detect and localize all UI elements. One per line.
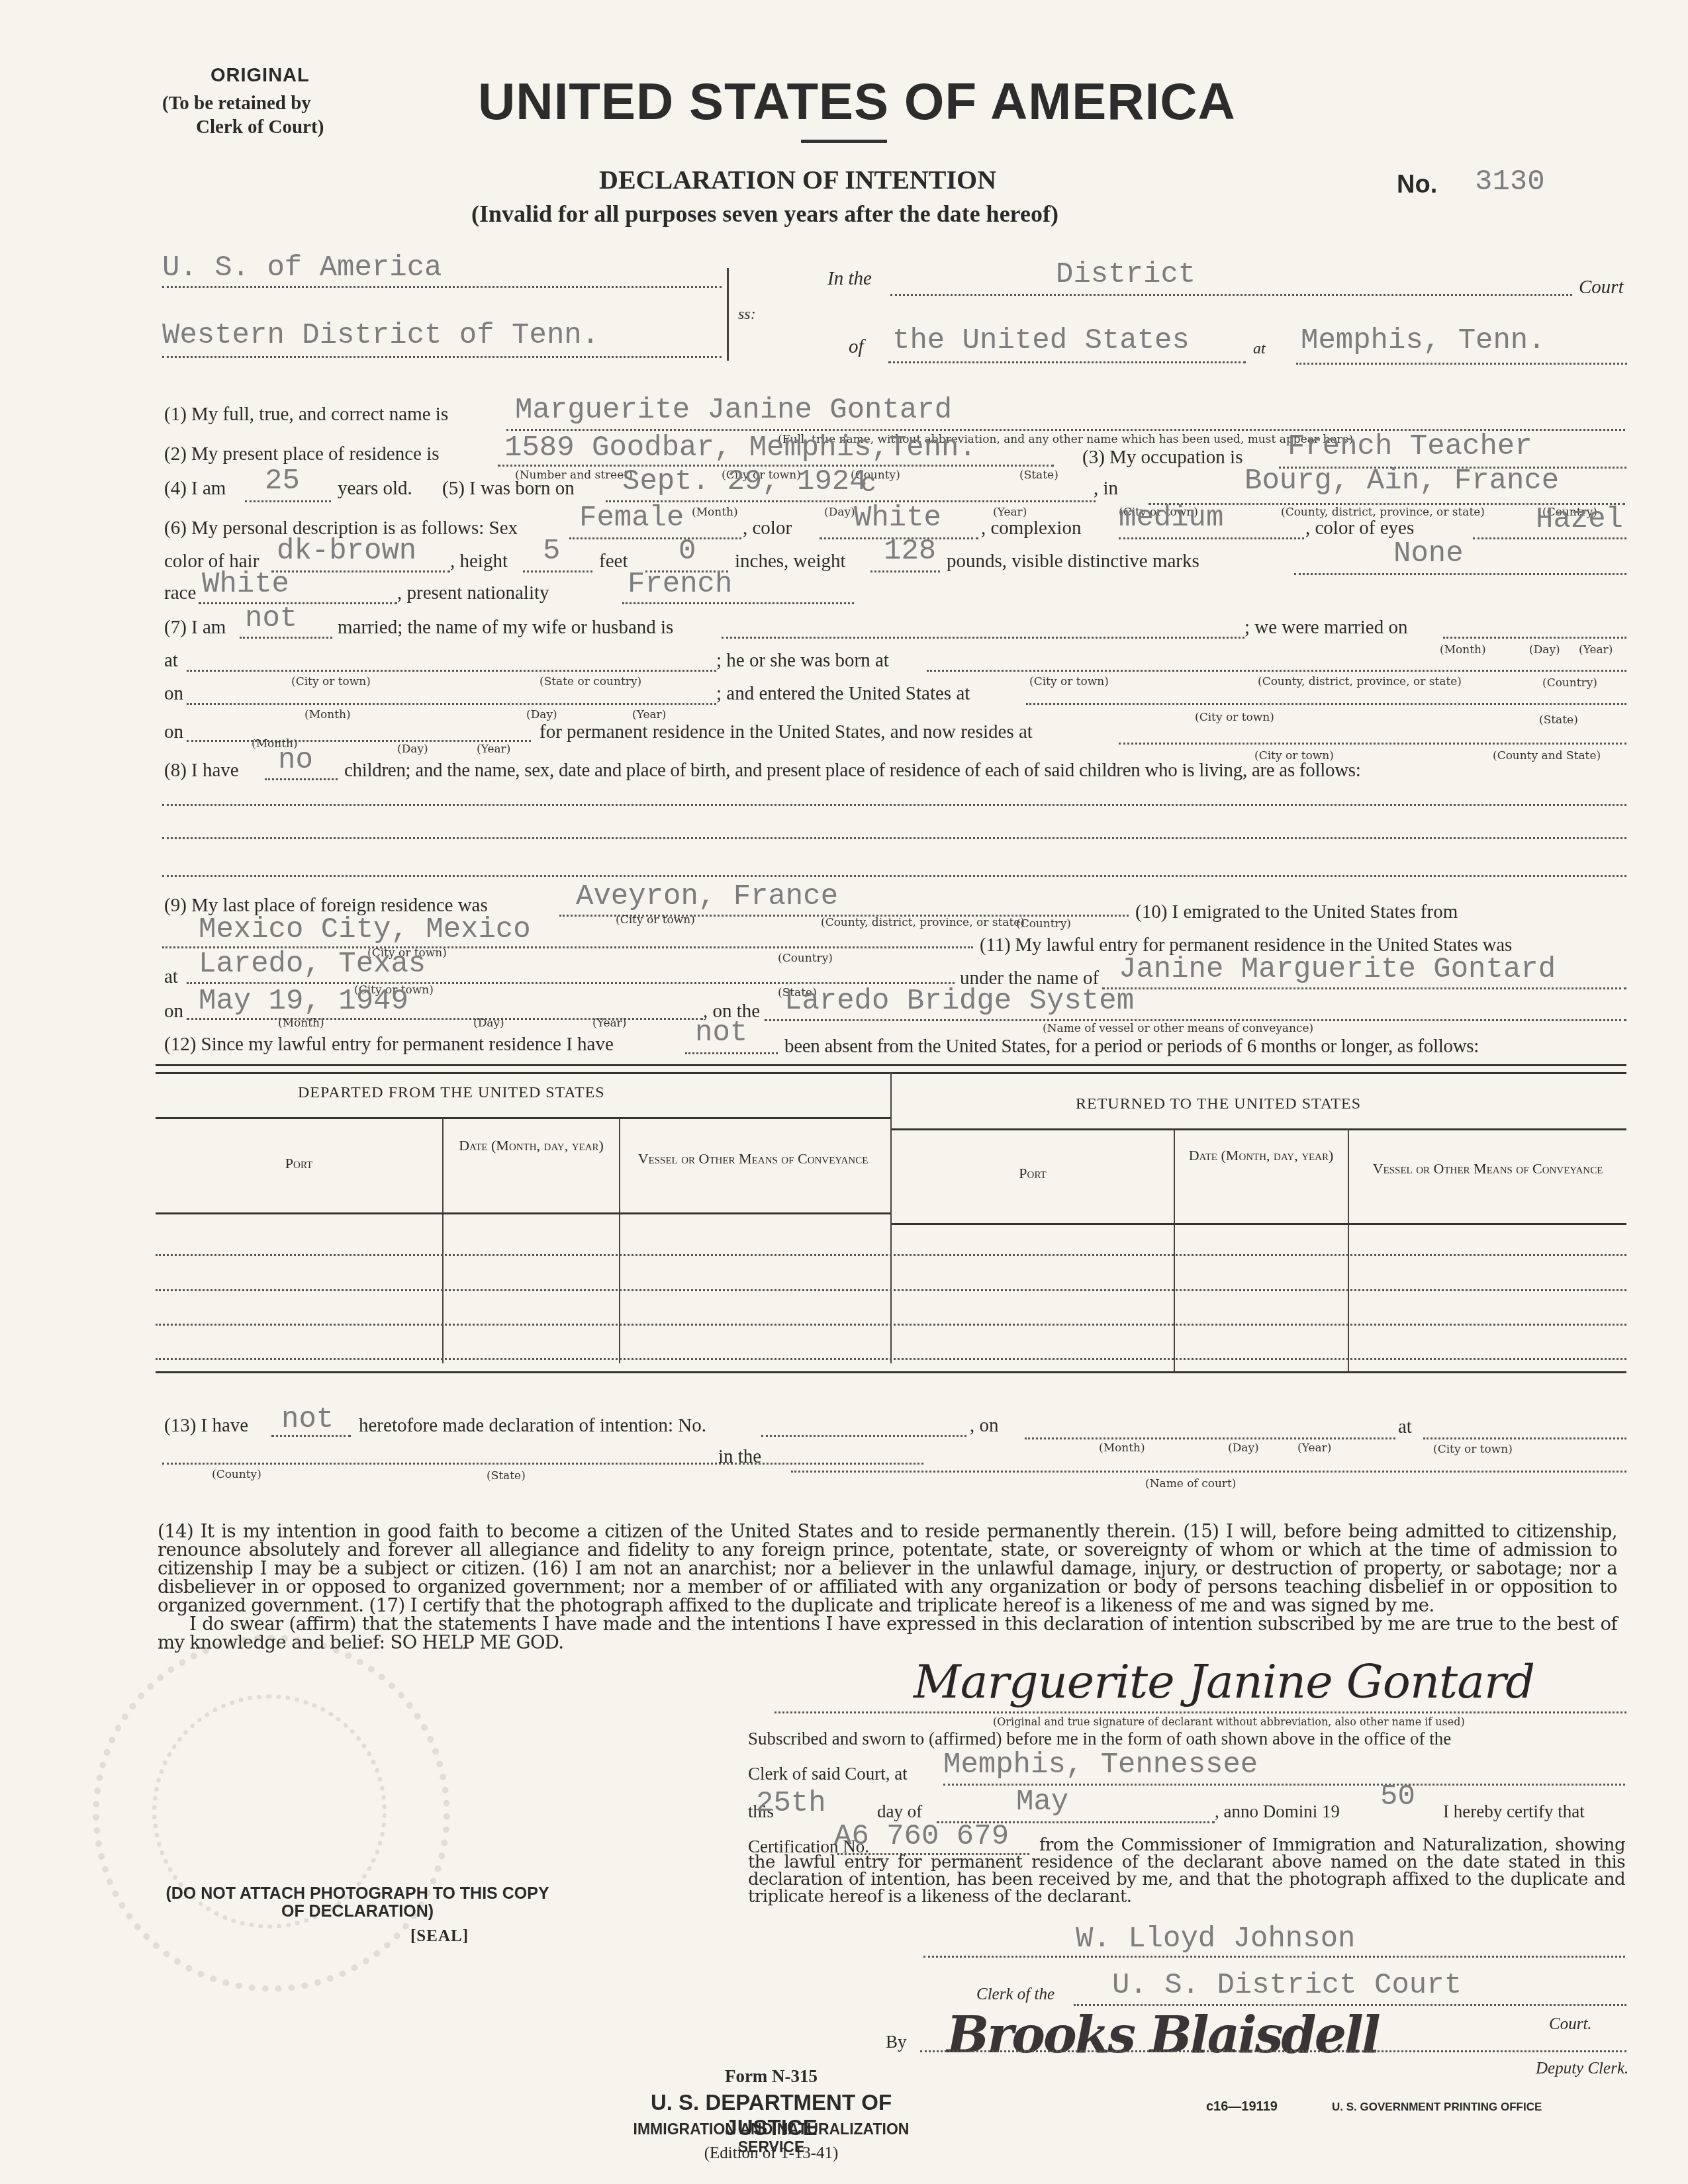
edition: (Edition of 1-13-41)	[662, 2144, 880, 2163]
married-hint-day: (Day)	[1529, 643, 1560, 657]
q7-at: at	[164, 650, 178, 672]
sex-rule	[569, 537, 741, 539]
sworn-text: Subscribed and sworn to (affirmed) befor…	[748, 1729, 1451, 1749]
retained-note-1: (To be retained by	[162, 93, 311, 114]
color: White	[854, 502, 941, 535]
prior-declaration-status: not	[281, 1403, 334, 1436]
dep-col-divider-2	[619, 1118, 620, 1363]
form-title: DECLARATION OF INTENTION	[599, 164, 996, 195]
entry-at: Laredo, Texas	[199, 948, 426, 981]
court-of-rule	[888, 361, 1246, 363]
q5-label: (5) I was born on	[442, 478, 575, 500]
resides-hint-year: (Year)	[477, 743, 510, 756]
ret-column-header-rule	[892, 1223, 1626, 1225]
spouse-resides-rule	[1119, 743, 1626, 745]
spouse-entered-date-rule	[187, 703, 716, 705]
spouse-name-rule	[722, 637, 1244, 639]
birth-hint-year: (Year)	[993, 506, 1027, 519]
prior-court-rule	[791, 1471, 1626, 1473]
table-row-3[interactable]	[156, 1324, 1626, 1326]
ret-col-vessel: Vessel or Other Means of Conveyance	[1350, 1160, 1625, 1177]
birth-in-label: , in	[1094, 478, 1118, 500]
entry-on-hint-year: (Year)	[592, 1017, 626, 1030]
prior-city-rule	[1423, 1437, 1626, 1439]
inches-label: inches, weight	[735, 551, 846, 572]
anno-label: , anno Domini 19	[1215, 1801, 1340, 1822]
entered-hint-city: (City or town)	[1195, 711, 1274, 724]
q3-label: (3) My occupation is	[1082, 447, 1243, 469]
court-label: Court	[1579, 277, 1624, 298]
q1-label: (1) My full, true, and correct name is	[164, 404, 448, 426]
deputy-signature: Brooks Blaisdell	[947, 2005, 1379, 2064]
photo-note: (DO NOT ATTACH PHOTOGRAPH TO THIS COPY O…	[159, 1885, 556, 1921]
ss-label: ss:	[738, 306, 756, 324]
married-status: not	[245, 602, 297, 635]
table-row-1[interactable]	[156, 1254, 1626, 1256]
deputy-label: Deputy Clerk.	[1536, 2060, 1628, 2078]
court-type: District	[1056, 258, 1196, 291]
returned-header: RETURNED TO THE UNITED STATES	[1076, 1095, 1361, 1113]
ret-col-port: Port	[892, 1165, 1174, 1182]
foreign-hint-country: (Country)	[1016, 917, 1071, 931]
venue-line-1: U. S. of America	[162, 251, 442, 285]
height-feet-rule	[523, 570, 592, 572]
declaration-number: 3130	[1475, 165, 1545, 199]
birth-hint-month: (Month)	[692, 506, 738, 519]
q7-married-on: ; we were married on	[1244, 617, 1407, 639]
spouse-residence-date-rule	[187, 740, 531, 742]
hair: dk-brown	[277, 535, 416, 568]
q7-on: on	[164, 683, 183, 705]
departed-header-rule	[156, 1117, 890, 1119]
q13-hint-county: (County)	[212, 1468, 261, 1481]
entry-on-hint-day: (Day)	[473, 1017, 504, 1030]
original-label: ORIGINAL	[211, 65, 310, 87]
q7-resides: for permanent residence in the United St…	[539, 721, 1033, 743]
print-code: c16—19119	[1206, 2099, 1278, 2115]
residence: 1589 Goodbar, Memphis,Tenn.	[504, 432, 976, 465]
married-hint-month: (Month)	[1440, 643, 1486, 657]
q7-label: (7) I am	[164, 617, 226, 639]
children-count: no	[278, 744, 313, 777]
spouse-born-hint-country: (Country)	[1542, 676, 1597, 690]
marks-rule	[1294, 573, 1626, 575]
color-label: , color	[743, 518, 792, 539]
clerk-at: Memphis, Tennessee	[943, 1749, 1258, 1782]
declarant-signature-hint: (Original and true signature of declaran…	[993, 1715, 1465, 1728]
clerk-name-rule	[923, 1956, 1625, 1958]
occupation: French Teacher	[1288, 430, 1532, 463]
by-label: By	[886, 2032, 907, 2052]
prior-number-rule	[761, 1435, 966, 1437]
venue-line-1-rule	[162, 286, 722, 288]
table-row-2[interactable]	[156, 1289, 1626, 1291]
emigrated-from: Mexico City, Mexico	[199, 913, 531, 946]
q7-born-at: ; he or she was born at	[716, 650, 889, 672]
children-rule	[265, 778, 338, 780]
entry-at-label: at	[164, 966, 178, 988]
married-hint-year: (Year)	[1579, 643, 1613, 657]
marks: None	[1393, 537, 1464, 570]
birth-hint-county: (County, district, province, or state)	[1281, 506, 1485, 519]
court-type-rule	[890, 294, 1572, 296]
foreign-hint-county: (County, district, province, or state)	[821, 916, 1025, 929]
venue-line-2-rule	[162, 356, 722, 358]
height-feet: 5	[543, 535, 560, 568]
q13-hint-state: (State)	[487, 1469, 526, 1482]
resides-hint-county: (County and State)	[1493, 749, 1601, 762]
conveyance: Laredo Bridge System	[784, 985, 1134, 1018]
entry-at-rule	[187, 982, 955, 984]
clerk-of-label: Clerk of the	[976, 1985, 1055, 2004]
entered-hint-state: (State)	[1539, 713, 1578, 727]
q2-label: (2) My present place of residence is	[164, 443, 440, 465]
spouse-entered-at-rule	[1026, 703, 1626, 705]
resides-hint-day: (Day)	[397, 743, 428, 756]
married-at-rule	[187, 670, 716, 672]
table-row-4[interactable]	[156, 1358, 1626, 1360]
married-at-hint-state: (State or country)	[539, 675, 641, 688]
complexion-label: , complexion	[981, 518, 1081, 539]
declarant-signature: Marguerite Janine Gontard	[914, 1655, 1534, 1709]
married-on-rule	[1443, 637, 1626, 639]
complexion: medium	[1119, 502, 1223, 535]
q8-text: children; and the name, sex, date and pl…	[344, 760, 1361, 782]
race: White	[202, 568, 289, 601]
entry-on-label: on	[164, 1001, 183, 1023]
cert-text: from the Commissioner of Immigration and…	[748, 1837, 1625, 1905]
declarant-signature-rule	[774, 1711, 1626, 1713]
race-rule	[199, 602, 397, 604]
page-title: UNITED STATES OF AMERICA	[478, 71, 1236, 132]
ret-col-date: Date (Month, day, year)	[1185, 1147, 1337, 1164]
foreign-hint-city: (City or town)	[616, 913, 695, 927]
q4-label: (4) I am	[164, 478, 226, 500]
q8-label: (8) I have	[164, 760, 239, 782]
q12-label: (12) Since my lawful entry for permanent…	[164, 1034, 614, 1056]
prior-date-rule	[1025, 1437, 1395, 1439]
q13-hint-city: (City or town)	[1433, 1443, 1513, 1456]
dep-col-port: Port	[156, 1155, 442, 1172]
q13-at: at	[1398, 1416, 1412, 1438]
clerk-at-label: Clerk of said Court, at	[748, 1764, 908, 1784]
oath-text: (14) It is my intention in good faith to…	[158, 1522, 1617, 1615]
spouse-born-rule	[927, 670, 1626, 672]
q4-suffix: years old.	[338, 478, 412, 500]
entered-hint-year: (Year)	[632, 708, 666, 721]
weight: 128	[884, 535, 936, 568]
prior-county-rule	[162, 1463, 923, 1465]
complexion-rule	[1119, 537, 1304, 539]
race-label: race	[164, 582, 196, 604]
q13-hint-court: (Name of court)	[1145, 1477, 1236, 1490]
day: 25th	[756, 1787, 826, 1820]
birth-place: Bourg, Ain, France	[1244, 465, 1559, 498]
hair-rule	[271, 570, 450, 572]
prior-declaration-rule	[271, 1435, 351, 1437]
birth-mark: c	[861, 470, 876, 500]
venue-line-2: Western District of Tenn.	[162, 319, 599, 352]
q13-text: heretofore made declaration of intention…	[359, 1415, 706, 1437]
day-of-label: day of	[877, 1801, 922, 1822]
full-name: Marguerite Janine Gontard	[515, 394, 952, 427]
spouse-born-hint-county: (County, district, province, or state)	[1258, 675, 1462, 688]
nationality-label: , present nationality	[397, 582, 549, 604]
entered-hint-month: (Month)	[305, 708, 351, 721]
form-number: Form N-315	[662, 2066, 880, 2087]
seal-label: [SEAL]	[410, 1927, 469, 1946]
birth-date: Sept. 29, 1924	[622, 465, 867, 498]
q7-entered: ; and entered the United States at	[716, 683, 970, 705]
entry-on-hint-month: (Month)	[278, 1017, 324, 1030]
certify-label: I hereby certify that	[1443, 1801, 1585, 1822]
court-name: U. S. District Court	[1112, 1969, 1462, 2002]
court-location: Memphis, Tenn.	[1301, 324, 1546, 357]
conveyance-hint: (Name of vessel or other means of convey…	[1043, 1022, 1313, 1035]
ret-col-divider-1	[1174, 1128, 1175, 1373]
absent-rule	[685, 1052, 778, 1054]
spouse-born-hint-city: (City or town)	[1029, 675, 1109, 688]
table-center-divider	[890, 1072, 892, 1363]
printer: U. S. GOVERNMENT PRINTING OFFICE	[1332, 2101, 1542, 2114]
entered-hint-day: (Day)	[526, 708, 557, 721]
q10-label: (10) I emigrated to the United States fr…	[1135, 901, 1458, 923]
court-of: the United States	[892, 324, 1190, 357]
height-inches: 0	[679, 535, 696, 568]
conveyance-rule	[765, 1019, 1626, 1021]
under-name-rule	[1102, 987, 1626, 989]
oath-swear: I do swear (affirm) that the statements …	[158, 1615, 1617, 1652]
court-suffix: Court.	[1549, 2015, 1592, 2034]
q7-on-2: on	[164, 721, 183, 743]
in-the-label: In the	[827, 268, 872, 290]
at-label: at	[1253, 340, 1266, 358]
q13-hint-month: (Month)	[1099, 1441, 1145, 1455]
q12-text: been absent from the United States, for …	[784, 1036, 1479, 1058]
nationality-rule	[622, 602, 854, 604]
eyes-label: , color of eyes	[1305, 518, 1414, 539]
departed-header: DEPARTED FROM THE UNITED STATES	[298, 1084, 605, 1102]
marks-label: pounds, visible distinctive marks	[947, 551, 1199, 572]
eyes: Hazel	[1536, 503, 1623, 536]
height-label: , height	[450, 551, 508, 572]
number-label: No.	[1397, 171, 1437, 199]
entry-on: May 19, 1949	[199, 985, 408, 1018]
retained-note-2: Clerk of Court)	[196, 116, 324, 138]
table-top-rule-1	[156, 1064, 1626, 1066]
venue-brace	[727, 268, 729, 361]
q13-hint-day: (Day)	[1228, 1441, 1259, 1455]
dep-col-date: Date (Month, day, year)	[457, 1137, 606, 1154]
invalid-note: (Invalid for all purposes seven years af…	[471, 200, 1058, 228]
absent-status: not	[695, 1017, 747, 1050]
weight-rule	[870, 570, 940, 572]
month: May	[1016, 1786, 1068, 1819]
returned-header-rule	[892, 1128, 1626, 1130]
children-line-3	[162, 875, 1626, 877]
married-at-hint-city: (City or town)	[291, 675, 371, 688]
q13-on: , on	[970, 1415, 999, 1437]
nationality: French	[628, 568, 732, 601]
q7-text: married; the name of my wife or husband …	[338, 617, 673, 639]
children-line-1	[162, 804, 1626, 806]
q13-hint-year: (Year)	[1297, 1441, 1331, 1455]
dep-col-divider-1	[442, 1118, 444, 1363]
married-rule	[240, 637, 332, 639]
ret-col-divider-2	[1348, 1128, 1349, 1373]
q13-label: (13) I have	[164, 1415, 248, 1437]
year: 50	[1380, 1780, 1415, 1813]
deputy-rule	[920, 2050, 1626, 2052]
children-line-2	[162, 837, 1626, 839]
foreign-residence: Aveyron, France	[576, 880, 838, 913]
clerk-name: W. Lloyd Johnson	[1076, 1923, 1355, 1956]
residence-hint-state: (State)	[1019, 469, 1058, 482]
under-name: Janine Marguerite Gontard	[1119, 953, 1556, 986]
age: 25	[265, 465, 300, 498]
birth-hint-day: (Day)	[824, 506, 855, 519]
dep-column-header-rule	[156, 1212, 890, 1214]
court-location-rule	[1296, 363, 1627, 365]
feet-label: feet	[599, 551, 628, 572]
title-divider	[801, 140, 887, 143]
q13-in-the: in the	[718, 1446, 761, 1468]
dep-col-vessel: Vessel or Other Means of Conveyance	[622, 1150, 884, 1167]
eyes-rule	[1473, 537, 1626, 539]
table-bottom-rule	[156, 1371, 1626, 1373]
sex: Female	[579, 502, 684, 535]
age-rule	[245, 500, 331, 502]
of-label: of	[849, 336, 864, 358]
emigrated-hint-country: (Country)	[778, 952, 833, 965]
